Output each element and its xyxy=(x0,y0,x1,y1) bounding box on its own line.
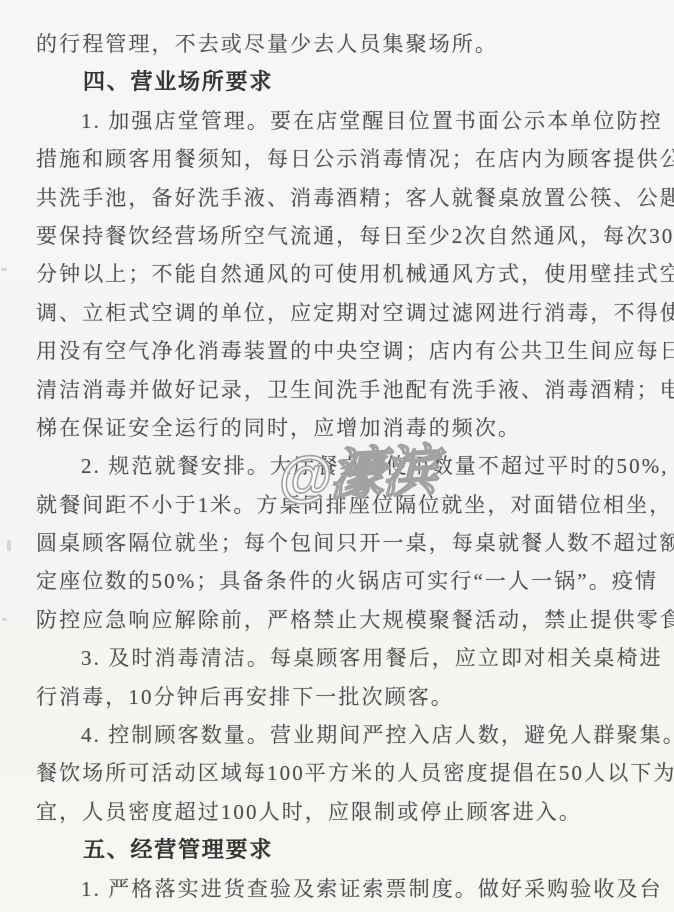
scan-artifact xyxy=(7,540,11,551)
text-line: 防控应急响应解除前，严格禁止大规模聚餐活动，禁止提供零食。 xyxy=(36,601,641,639)
text-line: 要保持餐饮经营场所空气流通，每日至少2次自然通风，每次30 xyxy=(36,217,641,255)
text-line: 定座位数的50%；具备条件的火锅店可实行“一人一锅”。疫情 xyxy=(36,562,641,600)
text-line: 3. 及时消毒清洁。每桌顾客用餐后，应立即对相关桌椅进 xyxy=(36,639,641,677)
text-line: 共洗手池，备好洗手液、消毒酒精；客人就餐桌放置公筷、公匙； xyxy=(36,179,641,217)
section-heading-4: 四、营业场所要求 xyxy=(36,63,641,101)
text-line: 就餐间距不小于1米。方桌同排座位隔位就坐，对面错位相坐， xyxy=(36,486,641,524)
text-line: 的行程管理，不去或尽量少去人员集聚场所。 xyxy=(36,25,641,63)
text-line: 圆桌顾客隔位就坐；每个包间只开一桌，每桌就餐人数不超过额 xyxy=(36,524,641,562)
text-line: 用没有空气净化消毒装置的中央空调；店内有公共卫生间应每日 xyxy=(36,332,641,370)
text-line: 清洁消毒并做好记录，卫生间洗手池配有洗手液、消毒酒精；电 xyxy=(36,371,641,409)
text-line: 梯在保证安全运行的同时，应增加消毒的频次。 xyxy=(36,409,641,447)
text-line: 1. 严格落实进货查验及索证索票制度。做好采购验收及台 xyxy=(36,870,641,908)
text-line: 宜，人员密度超过100人时，应限制或停止顾客进入。 xyxy=(36,793,641,831)
document-page: 的行程管理，不去或尽量少去人员集聚场所。 四、营业场所要求 1. 加强店堂管理。… xyxy=(0,0,674,912)
text-line: 调、立柜式空调的单位，应定期对空调过滤网进行消毒，不得使 xyxy=(36,294,641,332)
text-line: 分钟以上；不能自然通风的可使用机械通风方式，使用壁挂式空 xyxy=(36,255,641,293)
text-line: 1. 加强店堂管理。要在店堂醒目位置书面公示本单位防控 xyxy=(36,102,641,140)
text-line: 行消毒，10分钟后再安排下一批次顾客。 xyxy=(36,678,641,716)
text-block: 的行程管理，不去或尽量少去人员集聚场所。 四、营业场所要求 1. 加强店堂管理。… xyxy=(36,25,641,908)
section-heading-5: 五、经营管理要求 xyxy=(36,831,641,869)
text-line: 措施和顾客用餐须知，每日公示消毒情况；在店内为顾客提供公 xyxy=(36,140,641,178)
scan-artifact xyxy=(2,618,7,621)
scan-artifact xyxy=(1,268,7,271)
text-line: 餐饮场所可活动区域每100平方米的人员密度提倡在50人以下为 xyxy=(36,754,641,792)
text-line: 4. 控制顾客数量。营业期间严控入店人数，避免人群聚集。 xyxy=(36,716,641,754)
text-line: 2. 规范就餐安排。大厅餐桌椅使用数量不超过平时的50%, xyxy=(36,447,641,485)
